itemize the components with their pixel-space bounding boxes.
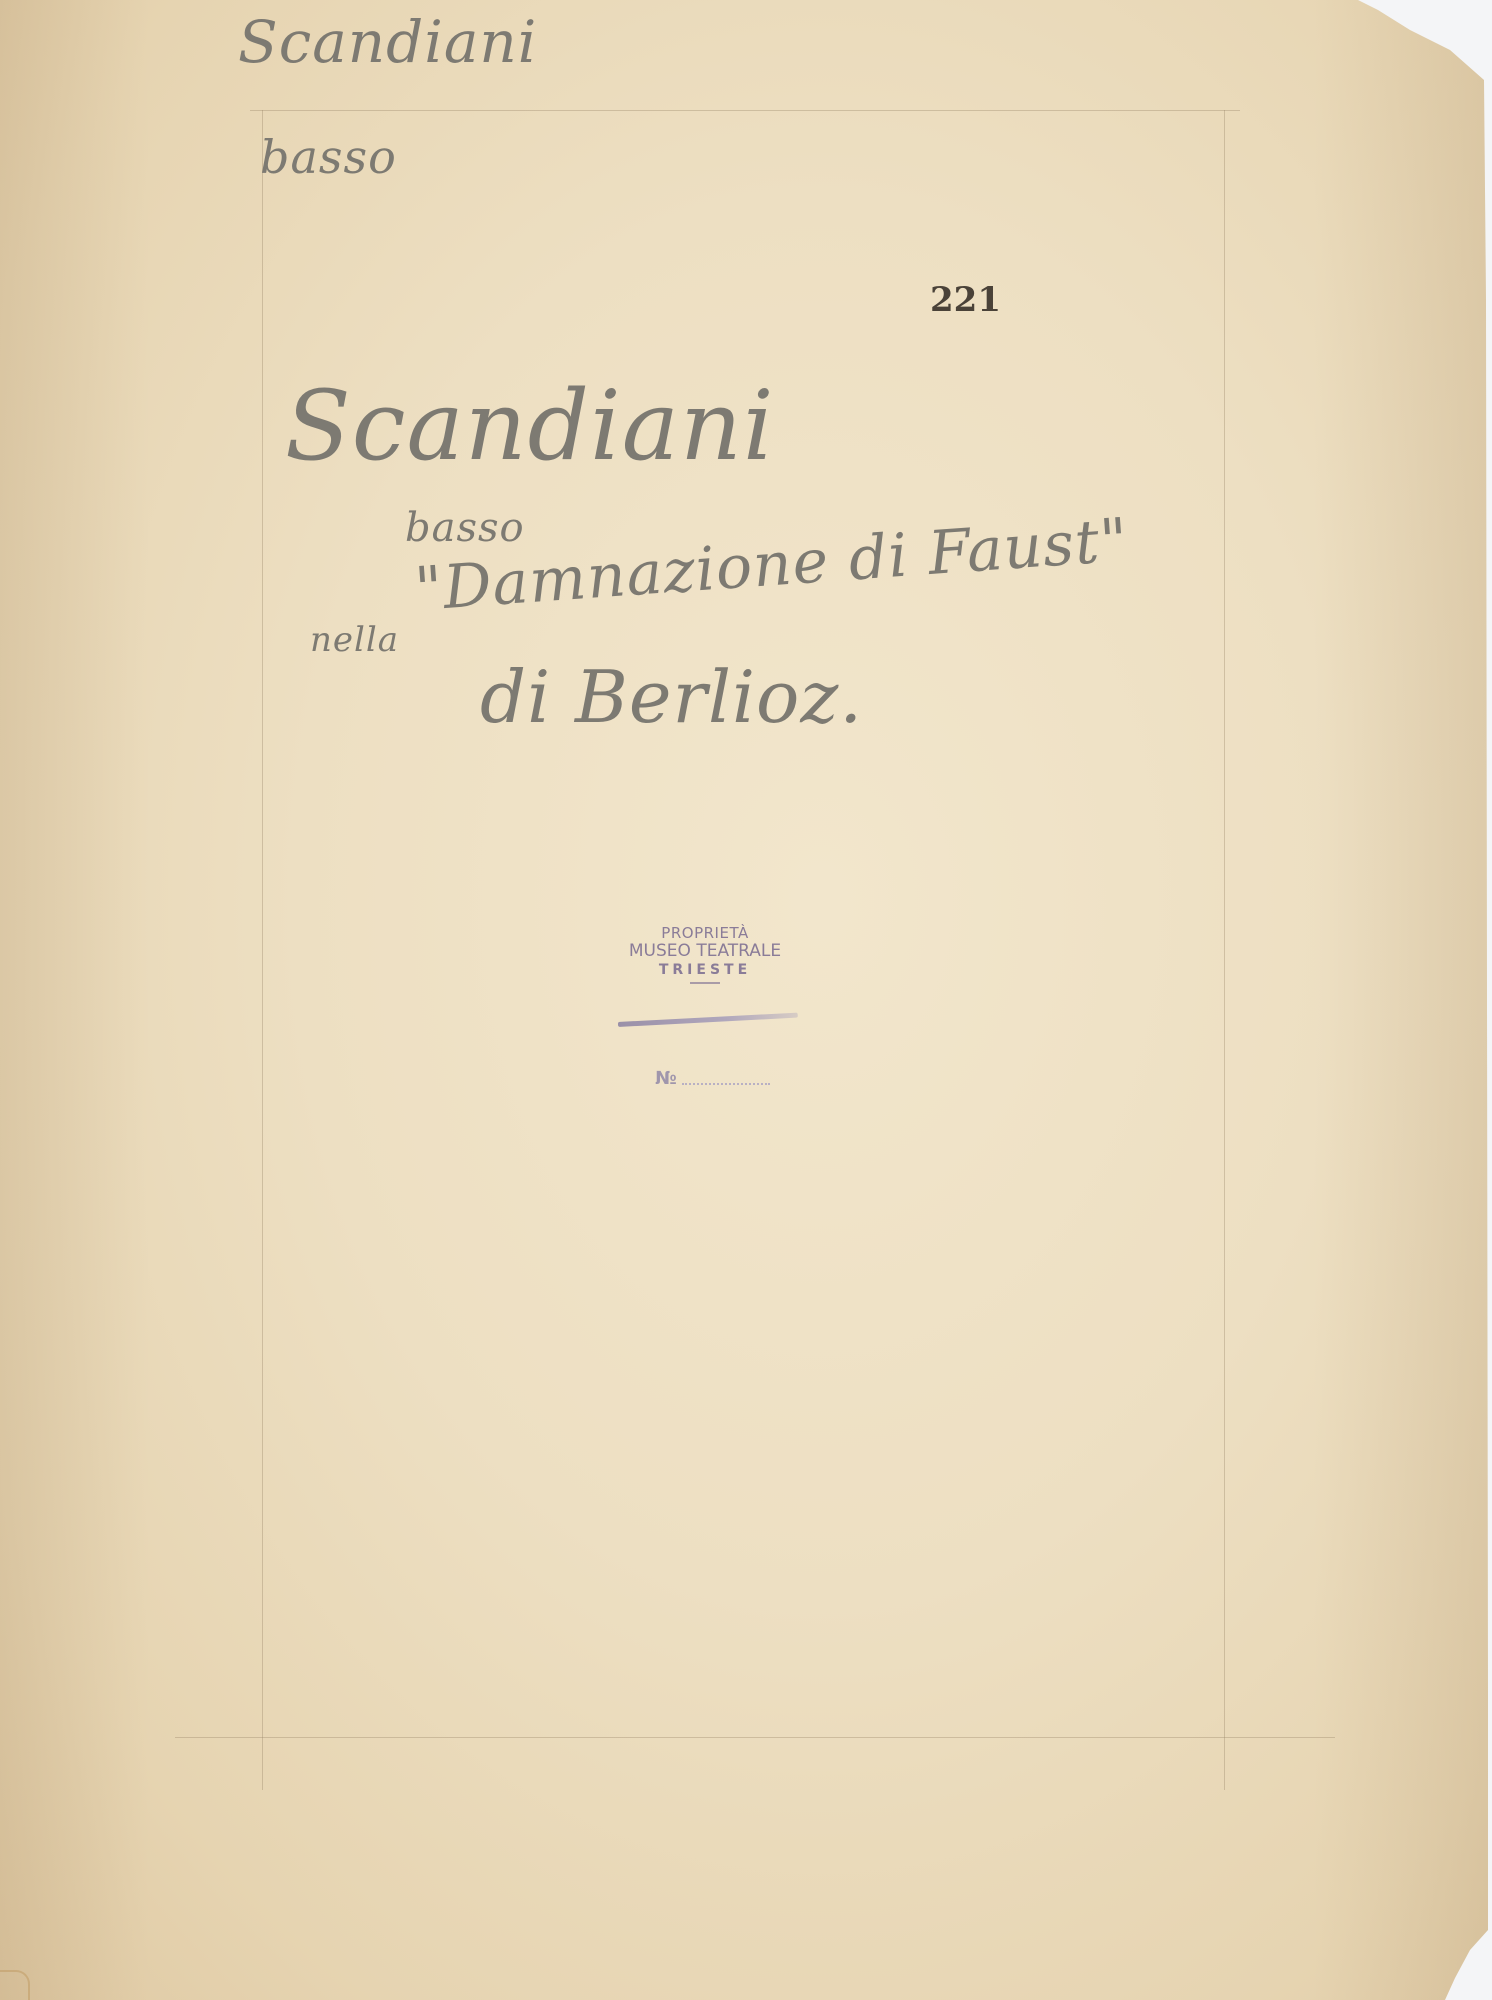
main-annotation-name: Scandiani (285, 370, 775, 482)
main-annotation-prefix: nella (310, 620, 399, 660)
stamp-line-2: MUSEO TEATRALE (615, 942, 795, 962)
stamp-line-1: PROPRIETÀ (615, 925, 795, 942)
guide-line-left (262, 110, 263, 1790)
guide-line-top (250, 110, 1240, 111)
header-annotation-voice: basso (260, 130, 397, 184)
corner-tear-mark (0, 1970, 30, 2000)
catalog-number: 221 (930, 280, 1001, 320)
stamp-number-label: № (655, 1068, 677, 1089)
stamp-line-3: TRIESTE (615, 962, 795, 978)
header-annotation-name: Scandiani (238, 8, 537, 76)
document-card: Scandiani basso 221 Scandiani basso nell… (0, 0, 1492, 2000)
stamp-signature-line (618, 1013, 798, 1027)
stamp-dash (690, 982, 720, 984)
main-annotation-voice: basso (405, 505, 525, 551)
guide-line-right (1224, 110, 1225, 1790)
main-annotation-composer: di Berlioz. (480, 655, 863, 739)
guide-line-bottom (175, 1737, 1335, 1738)
stamp-number-line (682, 1083, 770, 1085)
museum-stamp: PROPRIETÀ MUSEO TEATRALE TRIESTE (615, 925, 795, 984)
